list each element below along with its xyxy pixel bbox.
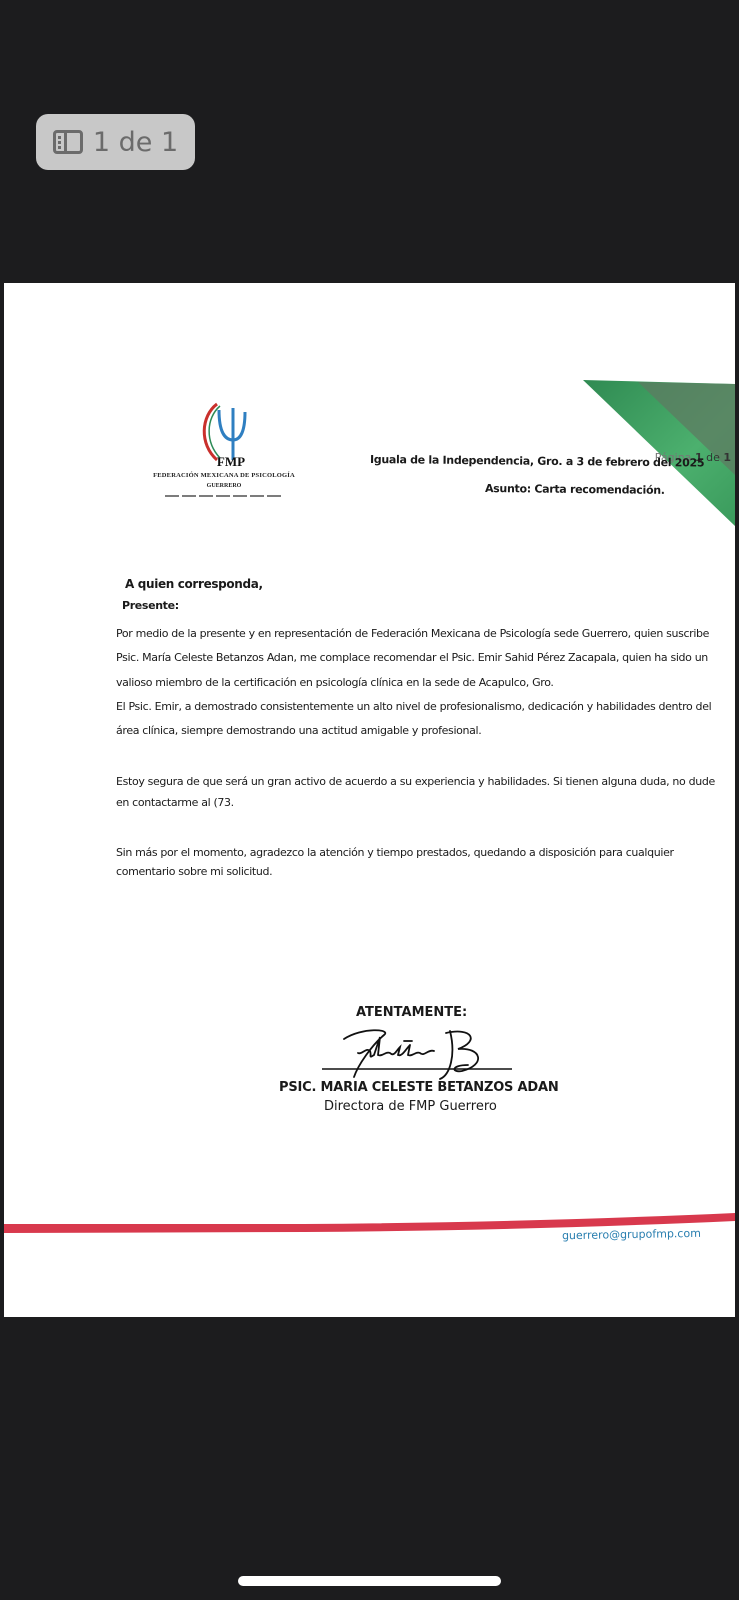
organization-name: FEDERACIÓN MEXICANA DE PSICOLOGÍA [149,472,299,479]
letter-line: Estoy segura de que será un gran activo … [116,775,715,788]
letter-line: Sin más por el momento, agradezco la ate… [116,846,674,859]
letter-line: Psic. María Celeste Betanzos Adan, me co… [116,651,708,664]
signer-role: Directora de FMP Guerrero [324,1099,497,1114]
closing: ATENTAMENTE: [356,1005,467,1020]
signer-name: PSIC. MARIA CELESTE BETANZOS ADAN [279,1080,559,1095]
letter-line: comentario sobre mi solicitud. [116,865,272,878]
page-indicator[interactable]: 1 de 1 [36,114,195,170]
footer-email: guerrero@grupofmp.com [562,1227,701,1242]
letter-line: área clínica, siempre demostrando una ac… [116,724,481,737]
salutation: A quien corresponda, [125,577,263,591]
letter-line: El Psic. Emir, a demostrado consistentem… [116,700,711,713]
letter-line: valioso miembro de la certificación en p… [116,676,554,689]
organization-branch: GUERRERO [149,483,299,489]
sidebar-icon [53,130,83,154]
presente-label: Presente: [122,599,179,612]
subject-line: Asunto: Carta recomendación. [485,482,665,497]
fmp-logo: FMP FEDERACIÓN MEXICANA DE PSICOLOGÍA GU… [149,400,299,497]
psi-logo-icon: FMP [189,400,259,468]
handwritten-signature [322,1025,522,1083]
letter-line: Por medio de la presente y en representa… [116,627,709,640]
document-page[interactable]: Página 1 de 1 FMP FEDERACIÓN MEXICANA DE… [4,283,735,1317]
page-indicator-label: 1 de 1 [93,127,178,158]
logo-contact-line [165,495,283,497]
svg-text:FMP: FMP [217,454,245,468]
home-indicator[interactable] [238,1576,501,1586]
letter-line: en contactarme al (73. [116,796,234,809]
place-date: Iguala de la Independencia, Gro. a 3 de … [370,453,704,469]
